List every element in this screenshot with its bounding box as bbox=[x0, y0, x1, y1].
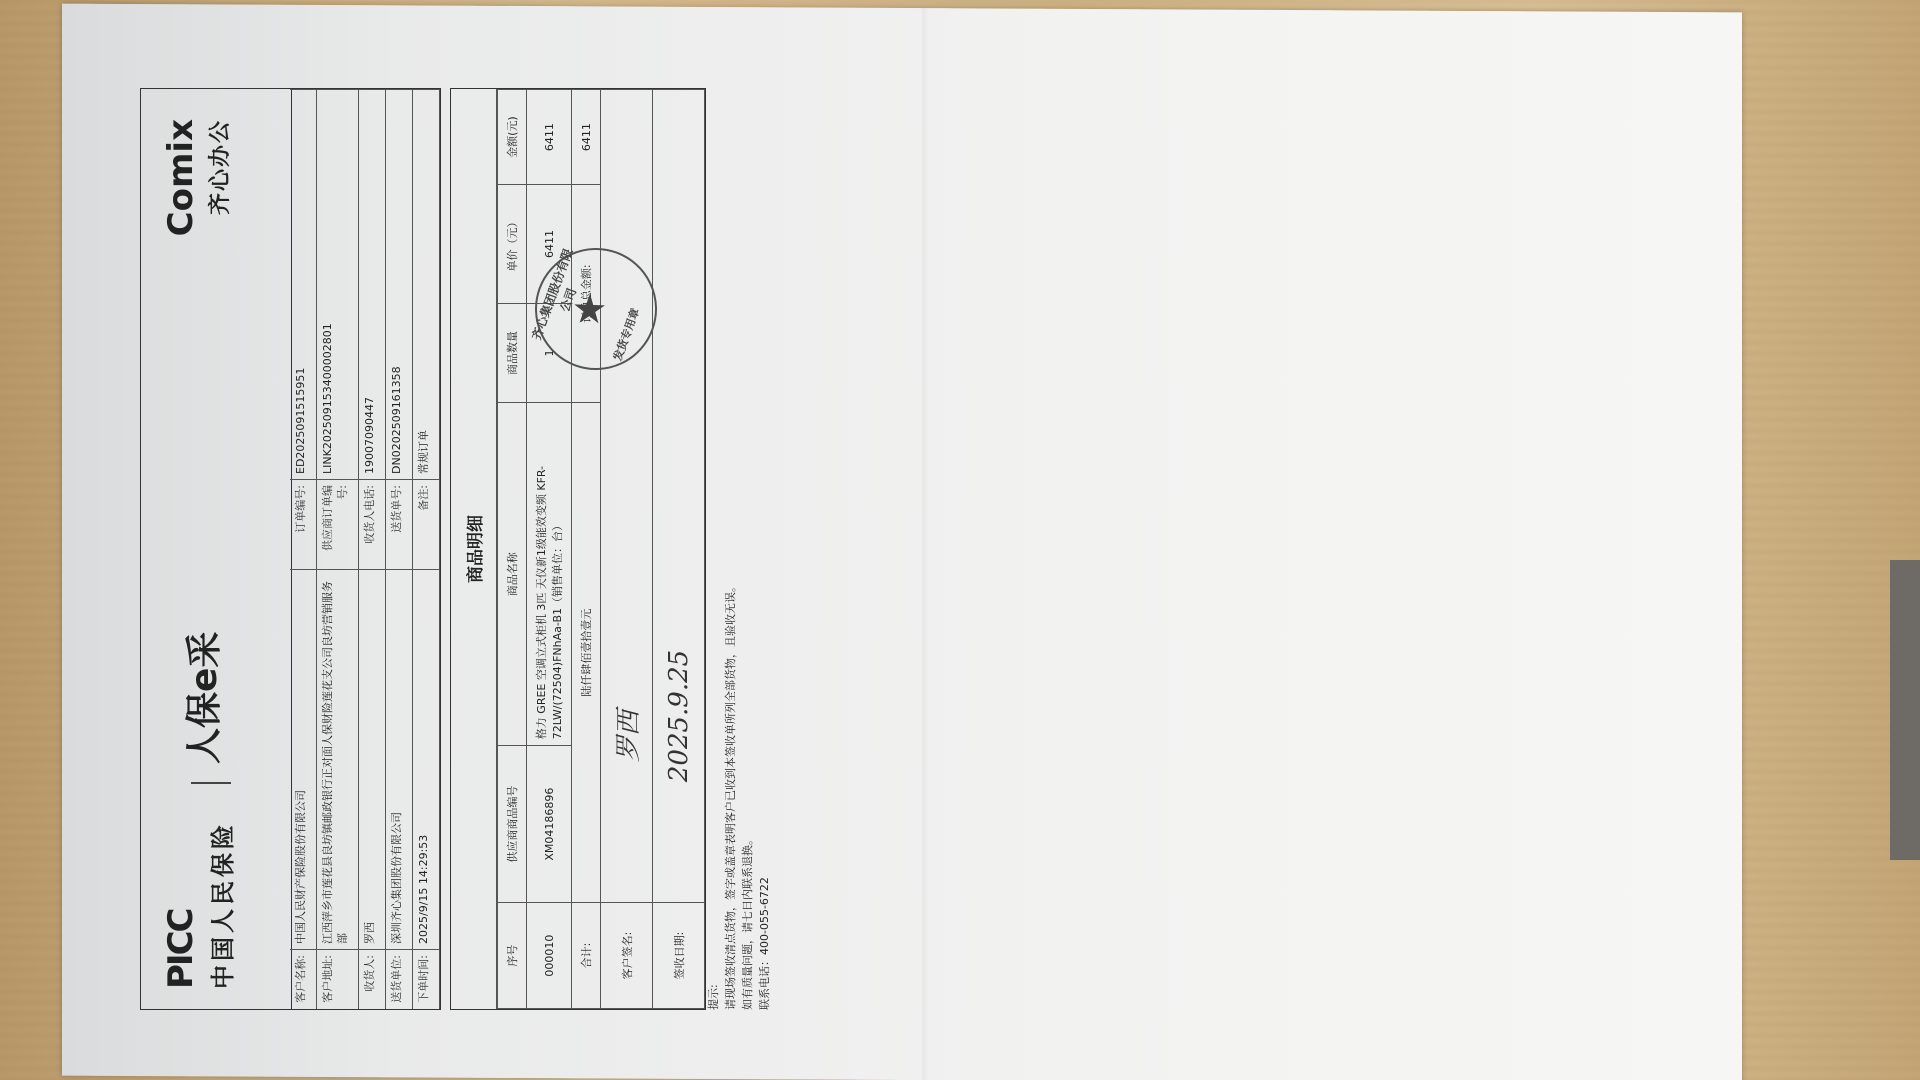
platform-name: 人保e采 bbox=[176, 632, 227, 764]
items-header-row: 序号 供应商商品编号 商品名称 商品数量 单价（元） 金额(元) bbox=[498, 90, 527, 1009]
col-sku: 供应商商品编号 bbox=[498, 746, 527, 903]
signature-label: 客户签名: bbox=[601, 903, 653, 1009]
delivery-no: DN0202509161358 bbox=[386, 89, 413, 479]
row-name: 格力 GREE 空调立式柜机 3匹 天仪新1级能效变频 KFR-72LW/(72… bbox=[527, 403, 572, 746]
remark: 常规订单 bbox=[413, 89, 440, 479]
order-no-label: 订单编号: bbox=[290, 479, 317, 569]
col-qty: 商品数量 bbox=[498, 303, 527, 402]
items-table: 序号 供应商商品编号 商品名称 商品数量 单价（元） 金额(元) 000010 … bbox=[497, 89, 705, 1009]
items-title: 商品明细 bbox=[451, 89, 497, 1009]
receiver: 罗西 bbox=[359, 569, 386, 949]
customer-address-label: 客户地址: bbox=[317, 949, 359, 1009]
order-no: ED2025091515951 bbox=[290, 89, 317, 479]
sign-date-label: 签收日期: bbox=[653, 903, 705, 1009]
row-seq: 000010 bbox=[527, 903, 572, 1009]
notes-line-2: 如有质量问题，请七日内联系退换。 bbox=[739, 581, 756, 1010]
notes-contact: 联系电话：400-055-6722 bbox=[756, 581, 773, 1010]
col-unit-price: 单价（元） bbox=[498, 185, 527, 304]
receiver-phone: 19007090447 bbox=[359, 89, 386, 479]
picc-logo: PICC bbox=[161, 910, 201, 989]
receipt-header: PICC 中国人民保险 人保e采 Comix 齐心办公 bbox=[140, 88, 292, 1010]
total-row: 合计: 陆仟肆佰壹拾壹元 订单总金额: 6411 bbox=[572, 90, 601, 1009]
row-sku: XM04186896 bbox=[527, 746, 572, 903]
supplier-order: LINK202509153400002801 bbox=[317, 89, 359, 479]
col-seq: 序号 bbox=[498, 903, 527, 1009]
star-icon: ★ bbox=[562, 285, 617, 334]
picc-logo-cn: 中国人民保险 bbox=[203, 821, 238, 989]
customer-signature: 罗西 bbox=[601, 90, 653, 903]
desk-object bbox=[1890, 560, 1920, 860]
total-label: 合计: bbox=[572, 903, 601, 1009]
customer-address: 江西萍乡市莲花县良坊镇邮政银行正对面人保财险莲花支公司良坊营销服务部 bbox=[317, 569, 359, 949]
row-amount: 6411 bbox=[527, 90, 572, 185]
delivery-unit: 深圳齐心集团股份有限公司 bbox=[386, 569, 413, 949]
col-name: 商品名称 bbox=[498, 403, 527, 746]
order-total: 6411 bbox=[572, 90, 601, 185]
notes-title: 提示: bbox=[705, 581, 722, 1010]
receiver-label: 收货人: bbox=[359, 949, 386, 1009]
paper-fold bbox=[922, 8, 930, 1080]
col-amount: 金额(元) bbox=[498, 90, 527, 185]
signature-row: 客户签名: 罗西 bbox=[601, 90, 653, 1009]
receiver-phone-label: 收货人电话: bbox=[359, 479, 386, 569]
table-row: 000010 XM04186896 格力 GREE 空调立式柜机 3匹 天仪新1… bbox=[527, 90, 572, 1009]
remark-label: 备注: bbox=[413, 479, 440, 569]
customer-name: 中国人民财产保险股份有限公司 bbox=[290, 569, 317, 949]
comix-logo: Comix bbox=[161, 119, 201, 236]
sign-date: 2025.9.25 bbox=[653, 90, 705, 903]
notes-line-1: 请现场签收清点货物，签字或盖章表明客户已收到本签收单所列全部货物，且验收无误。 bbox=[722, 581, 739, 1010]
customer-name-label: 客户名称: bbox=[290, 949, 317, 1009]
order-time: 2025/9/15 14:29:53 bbox=[413, 569, 440, 949]
logo-divider bbox=[191, 782, 231, 784]
supplier-order-label: 供应商订单编号: bbox=[317, 479, 359, 569]
delivery-unit-label: 送货单位: bbox=[386, 949, 413, 1009]
items-section: 商品明细 序号 供应商商品编号 商品名称 商品数量 单价（元） 金额(元) 00… bbox=[450, 88, 706, 1010]
notes: 提示: 请现场签收清点货物，签字或盖章表明客户已收到本签收单所列全部货物，且验收… bbox=[705, 581, 773, 1010]
comix-logo-cn: 齐心办公 bbox=[203, 119, 234, 215]
total-cn: 陆仟肆佰壹拾壹元 bbox=[572, 403, 601, 903]
delivery-no-label: 送货单号: bbox=[386, 479, 413, 569]
sign-date-row: 签收日期: 2025.9.25 bbox=[653, 90, 705, 1009]
order-time-label: 下单时间: bbox=[413, 949, 440, 1009]
delivery-receipt: PICC 中国人民保险 人保e采 Comix 齐心办公 客户名称: 中国人民财产… bbox=[140, 80, 820, 1020]
order-info: 客户名称: 中国人民财产保险股份有限公司 订单编号: ED20250915159… bbox=[290, 88, 441, 1010]
